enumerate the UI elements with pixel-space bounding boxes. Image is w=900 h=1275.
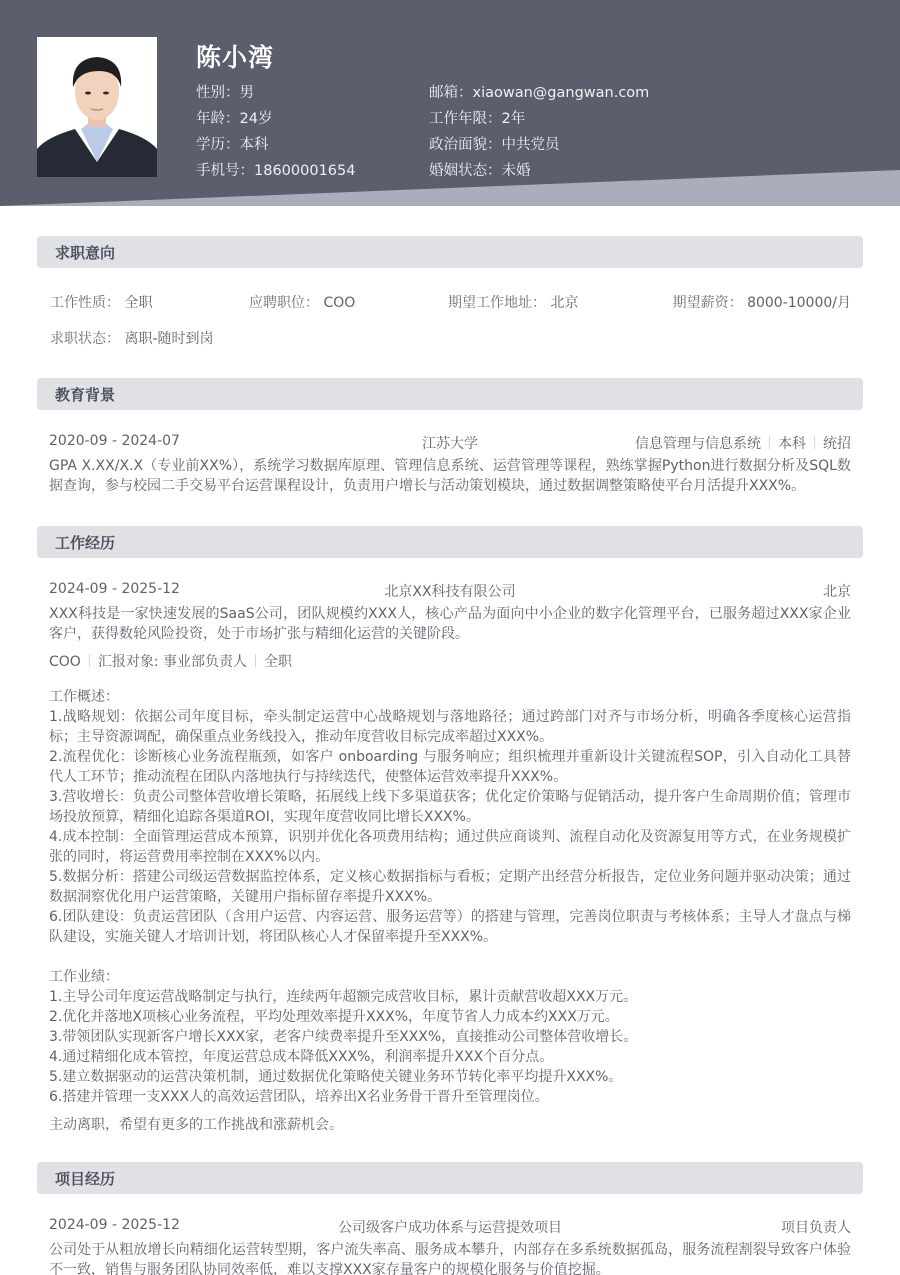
work-report-to: 汇报对象: 事业部负责人 (98, 654, 247, 670)
divider (89, 654, 90, 667)
info-label: 性别： (196, 85, 240, 101)
work-overview-item: 6.团队建设：负责运营团队（含用户运营、内容运营、服务运营等）的搭建与管理，完善… (37, 907, 863, 947)
info-value: 未婚 (502, 163, 531, 179)
work-overview-item: 5.数据分析：搭建公司级运营数据监控体系，定义核心数据指标与看板；定期产出经营分… (37, 867, 863, 907)
divider (769, 436, 770, 449)
section-work-experience: 工作经历 2024-09 - 2025-12 北京XX科技有限公司 北京 XXX… (37, 526, 863, 1135)
section-education: 教育背景 2020-09 - 2024-07 江苏大学 信息管理与信息系统本科统… (37, 378, 863, 496)
intent-status: 求职状态： 离职-随时到岗 (50, 328, 214, 348)
field-value: 8000-10000/月 (747, 295, 851, 311)
intent-position: 应聘职位： COO (249, 292, 355, 312)
info-work-years: 工作年限：2年 (429, 106, 649, 132)
basic-info-left: 性别：男 年龄：24岁 学历：本科 手机号：18600001654 (196, 80, 355, 184)
info-label: 工作年限： (429, 111, 502, 127)
intent-salary: 期望薪资： 8000-10000/月 (673, 292, 851, 312)
info-label: 年龄： (196, 111, 240, 127)
education-description: GPA X.XX/X.X（专业前XX%），系统学习数据库原理、管理信息系统、运营… (37, 456, 863, 496)
section-header: 项目经历 (37, 1162, 863, 1194)
info-label: 学历： (196, 137, 240, 153)
work-role-meta: COO汇报对象: 事业部负责人全职 (37, 652, 863, 672)
company-intro: XXX科技是一家快速发展的SaaS公司，团队规模约XXX人，核心产品为面向中小企… (37, 604, 863, 644)
info-label: 邮箱： (429, 85, 473, 101)
field-label: 工作性质： (50, 295, 120, 311)
field-value: 全职 (124, 295, 152, 311)
work-city: 北京 (823, 581, 851, 601)
info-value: 18600001654 (254, 163, 355, 179)
project-header-row: 2024-09 - 2025-12 公司级客户成功体系与运营提效项目 项目负责人 (37, 1217, 863, 1237)
resume-header: 陈小湾 性别：男 年龄：24岁 学历：本科 手机号：18600001654 邮箱… (0, 0, 900, 206)
info-age: 年龄：24岁 (196, 106, 355, 132)
project-description: 公司处于从粗放增长向精细化运营转型期，客户流失率高、服务成本攀升，内部存在多系统… (37, 1240, 863, 1275)
info-label: 手机号： (196, 163, 254, 179)
divider (255, 654, 256, 667)
portrait-image (37, 37, 157, 177)
work-overview-item: 2.流程优化：诊断核心业务流程瓶颈，如客户 onboarding 与服务响应；组… (37, 747, 863, 787)
work-company: 北京XX科技有限公司 (37, 581, 863, 601)
education-meta: 信息管理与信息系统本科统招 (635, 433, 851, 453)
info-gender: 性别：男 (196, 80, 355, 106)
field-label: 求职状态： (50, 331, 120, 347)
leave-reason: 主动离职，希望有更多的工作挑战和涨薪机会。 (37, 1115, 863, 1135)
section-job-intent: 求职意向 工作性质： 全职 应聘职位： COO 期望工作地址： 北京 期望薪资：… (37, 236, 863, 348)
education-header-row: 2020-09 - 2024-07 江苏大学 信息管理与信息系统本科统招 (37, 433, 863, 453)
work-overview-item: 4.成本控制：全面管理运营成本预算，识别并优化各项费用结构；通过供应商谈判、流程… (37, 827, 863, 867)
info-marital-status: 婚姻状态：未婚 (429, 158, 649, 184)
work-achievements-title: 工作业绩： (37, 967, 863, 987)
intent-row-1: 工作性质： 全职 应聘职位： COO 期望工作地址： 北京 期望薪资： 8000… (37, 292, 863, 312)
work-overview-item: 3.营收增长：负责公司整体营收增长策略，拓展线上线下多渠道获客；优化定价策略与促… (37, 787, 863, 827)
basic-info-right: 邮箱：xiaowan@gangwan.com 工作年限：2年 政治面貌：中共党员… (429, 80, 649, 184)
work-overview-item: 1.战略规划：依据公司年度目标，牵头制定运营中心战略规划与落地路径；通过跨部门对… (37, 707, 863, 747)
info-value: 男 (240, 85, 255, 101)
intent-location: 期望工作地址： 北京 (448, 292, 578, 312)
work-overview-title: 工作概述： (37, 687, 863, 707)
education-degree: 本科 (778, 436, 806, 452)
field-value: 北京 (550, 295, 578, 311)
work-achievement-item: 5.建立数据驱动的运营决策机制，通过数据优化策略使关键业务环节转化率平均提升XX… (37, 1067, 863, 1087)
section-header: 求职意向 (37, 236, 863, 268)
section-header: 工作经历 (37, 526, 863, 558)
info-education: 学历：本科 (196, 132, 355, 158)
work-role: COO (49, 654, 81, 670)
info-label: 婚姻状态： (429, 163, 502, 179)
project-role: 项目负责人 (781, 1217, 851, 1237)
info-political-status: 政治面貌：中共党员 (429, 132, 649, 158)
section-title: 教育背景 (55, 384, 115, 405)
section-title: 项目经历 (55, 1168, 115, 1189)
section-title: 工作经历 (55, 532, 115, 553)
field-value: 离职-随时到岗 (124, 331, 213, 347)
field-value: COO (323, 295, 355, 311)
info-value: 本科 (240, 137, 269, 153)
field-label: 期望薪资： (673, 295, 743, 311)
candidate-name: 陈小湾 (196, 38, 274, 74)
section-title: 求职意向 (55, 242, 115, 263)
education-type: 统招 (823, 436, 851, 452)
work-achievement-item: 1.主导公司年度运营战略制定与执行，连续两年超额完成营收目标，累计贡献营收超XX… (37, 987, 863, 1007)
section-header: 教育背景 (37, 378, 863, 410)
info-value: xiaowan@gangwan.com (473, 85, 650, 101)
work-achievement-item: 4.通过精细化成本管控，年度运营总成本降低XXX%，利润率提升XXX个百分点。 (37, 1047, 863, 1067)
work-header-row: 2024-09 - 2025-12 北京XX科技有限公司 北京 (37, 581, 863, 601)
education-major: 信息管理与信息系统 (635, 436, 761, 452)
project-name: 公司级客户成功体系与运营提效项目 (37, 1217, 863, 1237)
info-email: 邮箱：xiaowan@gangwan.com (429, 80, 649, 106)
work-achievement-item: 6.搭建并管理一支XXX人的高效运营团队，培养出X名业务骨干晋升至管理岗位。 (37, 1087, 863, 1107)
intent-row-2: 求职状态： 离职-随时到岗 (37, 328, 863, 348)
info-label: 政治面貌： (429, 137, 502, 153)
divider (814, 436, 815, 449)
info-value: 24岁 (240, 111, 273, 127)
info-value: 中共党员 (502, 137, 560, 153)
work-achievement-item: 3.带领团队实现新客户增长XXX家，老客户续费率提升至XXX%，直接推动公司整体… (37, 1027, 863, 1047)
info-phone: 手机号：18600001654 (196, 158, 355, 184)
profile-photo (37, 37, 157, 177)
field-label: 期望工作地址： (448, 295, 546, 311)
field-label: 应聘职位： (249, 295, 319, 311)
intent-work-type: 工作性质： 全职 (50, 292, 152, 312)
info-value: 2年 (502, 111, 526, 127)
work-job-type: 全职 (264, 654, 292, 670)
section-project-experience: 项目经历 2024-09 - 2025-12 公司级客户成功体系与运营提效项目 … (37, 1162, 863, 1275)
work-achievement-item: 2.优化并落地X项核心业务流程，平均处理效率提升XXX%，年度节省人力成本约XX… (37, 1007, 863, 1027)
